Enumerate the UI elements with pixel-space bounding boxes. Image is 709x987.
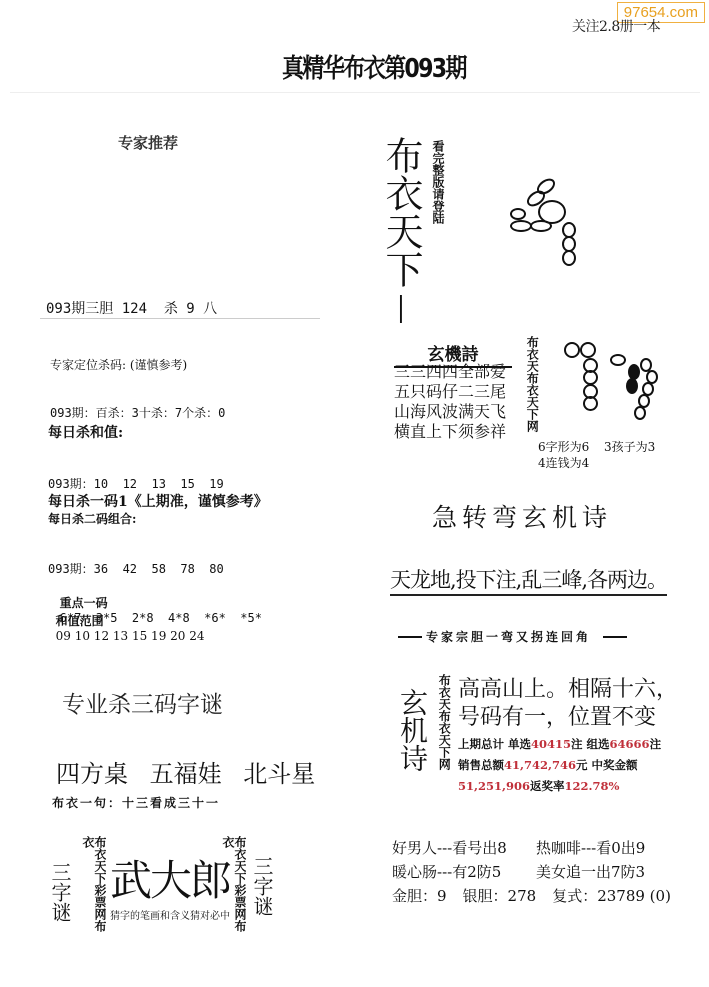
- poem-line: 山海风波满天飞: [394, 402, 506, 422]
- riddle-hint: 猜字的笔画和含义猜对必中: [110, 910, 238, 924]
- tip-row: 暖心肠---有2防5美女追一出7防3: [392, 860, 671, 884]
- mystic-poem-lines: 三三四四全部爱 五只码仔二三尾 山海风波满天飞 横直上下须参祥: [394, 362, 506, 442]
- divider-dash: [398, 636, 422, 638]
- stats-label: 注 组选: [571, 737, 610, 751]
- two-code-line: 093期：36 42 58 78 80: [48, 560, 224, 577]
- position-kill-heading: 专家定位杀码: (谨慎参考): [50, 356, 187, 373]
- sum-range-label: 和值范围: [56, 614, 104, 628]
- expert-recommend-line: 093期三胆 124 杀 9 八: [46, 298, 217, 318]
- riddle-word: 北斗星: [243, 760, 315, 788]
- divider-dash: [603, 636, 627, 638]
- gold-pick: 金胆：9: [392, 887, 447, 905]
- tip-item: 热咖啡---看0出9: [536, 839, 645, 857]
- stats-label: 元 中奖金额: [576, 758, 638, 772]
- prize-value: 51,251,906: [458, 779, 530, 793]
- silver-pick: 银胆：278: [463, 887, 537, 905]
- xuanji-poem: 高高山上。相隔十六， 号码有一，位置不变: [458, 676, 678, 732]
- stats-label: 上期总计 单选: [458, 737, 531, 751]
- stats-label: 返奖率: [530, 779, 565, 793]
- riddle-word: 五福娃: [150, 760, 222, 788]
- ingot-icon: [510, 208, 526, 220]
- return-rate-value: 122.78%: [565, 779, 620, 793]
- mystic-poem-vertical: 布衣天布衣天下网: [524, 336, 540, 432]
- coin-icon: [583, 370, 598, 385]
- sum-kill-line: 093期：10 12 13 15 19: [48, 475, 224, 492]
- stats-label: 注: [650, 737, 662, 751]
- section-divider: [40, 318, 320, 319]
- position-kill-line: 093期：百杀：3十杀：7个杀：0: [50, 404, 225, 421]
- tip-item: 美女追一出7防3: [536, 863, 645, 881]
- three-char-vertical-left: 布衣天下彩票网布衣: [82, 836, 106, 942]
- follow-text: 关注2.8册一本: [572, 16, 660, 36]
- tip-item: 好男人---看号出8: [392, 836, 536, 860]
- tip-row: 好男人---看号出8热咖啡---看0出9: [392, 836, 671, 860]
- coin-icon: [580, 342, 596, 358]
- sharp-turn-sub-row: 专家宗胆一弯又拐连回角: [398, 628, 627, 645]
- stats-line-2: 销售总额41,742,746元 中奖金额: [458, 755, 661, 776]
- sharp-turn-poem: 天龙地,投下注,乱三峰,各两边。: [390, 564, 667, 596]
- sum-kill-heading: 每日杀和值:: [48, 422, 123, 442]
- stats-line-3: 51,251,906返奖率122.78%: [458, 776, 661, 797]
- combo-pick: 复式：23789 (0): [552, 887, 671, 905]
- expert-recommend-heading: 专家推荐: [118, 132, 178, 153]
- sharp-turn-sub: 专家宗胆一弯又拐连回角: [426, 628, 591, 645]
- bead-icon: [510, 220, 532, 232]
- poem-line: 五只码仔二三尾: [394, 382, 506, 402]
- two-code-heading: 每日杀二码组合:: [48, 510, 136, 527]
- buyi-line: 布衣一句：十三看成三十一: [52, 794, 220, 811]
- xuanji-vertical-title: 玄机诗: [392, 688, 432, 772]
- riddle-words: 四方桌 五福娃 北斗星: [56, 754, 329, 789]
- sales-value: 41,742,746: [504, 758, 576, 772]
- sum-range-values: 09 10 12 13 15 19 20 24: [56, 629, 205, 643]
- xuanji-poem-line: 高高山上。相隔十六，: [458, 676, 678, 704]
- figure-note-2: 3孩子为3: [604, 438, 655, 455]
- header-divider: [10, 92, 700, 93]
- three-char-vertical-right: 布衣天下彩票网布衣: [222, 836, 246, 942]
- three-char-label-left: 三字谜: [50, 862, 70, 922]
- one-code-line: 每日杀一码1《上期准，谨慎参考》: [48, 491, 268, 511]
- sum-range-row: 和值范围 09 10 12 13 15 19 20 24: [48, 598, 205, 643]
- bead-icon: [634, 406, 646, 420]
- xuanji-vertical-note: 布衣天布衣天下网: [436, 674, 452, 770]
- coin-icon: [564, 342, 580, 358]
- ingot-icon: [610, 354, 626, 366]
- figure-note-3: 4连钱为4: [538, 454, 589, 471]
- buyi-vertical-title: 布衣天下I: [382, 136, 420, 332]
- poem-line: 横直上下须参祥: [394, 422, 506, 442]
- coin-figure-2: [560, 342, 690, 422]
- tips-block: 好男人---看号出8热咖啡---看0出9 暖心肠---有2防5美女追一出7防3 …: [392, 836, 671, 908]
- xuanji-poem-line: 号码有一，位置不变: [458, 704, 678, 732]
- bead-icon: [530, 220, 552, 232]
- stats-line-1: 上期总计 单选40415注 组选64666注: [458, 734, 661, 755]
- three-char-label-right: 三字谜: [252, 856, 272, 916]
- tip-item: 暖心肠---有2防5: [392, 860, 536, 884]
- riddle-word: 四方桌: [56, 760, 128, 788]
- single-bets-value: 40415: [531, 737, 571, 751]
- bead-icon: [626, 378, 638, 394]
- buyi-login-note: 看完整版请登陆: [432, 140, 444, 224]
- riddle-name: 武大郎: [110, 848, 230, 908]
- coin-figure-1: [510, 180, 590, 260]
- tip-row: 金胆：9银胆：278复式：23789 (0): [392, 884, 671, 908]
- bead-icon: [562, 250, 576, 266]
- draw-stats: 上期总计 单选40415注 组选64666注 销售总额41,742,746元 中…: [458, 734, 661, 797]
- page-title: 真精华布衣第093期: [282, 48, 466, 85]
- coin-icon: [583, 396, 598, 411]
- stats-label: 销售总额: [458, 758, 504, 772]
- poem-line: 三三四四全部爱: [394, 362, 506, 382]
- group-bets-value: 64666: [610, 737, 650, 751]
- sharp-turn-title: 急转弯玄机诗: [432, 498, 612, 534]
- figure-note-1: 6字形为6: [538, 438, 589, 455]
- riddle-title: 专业杀三码字谜: [62, 686, 223, 719]
